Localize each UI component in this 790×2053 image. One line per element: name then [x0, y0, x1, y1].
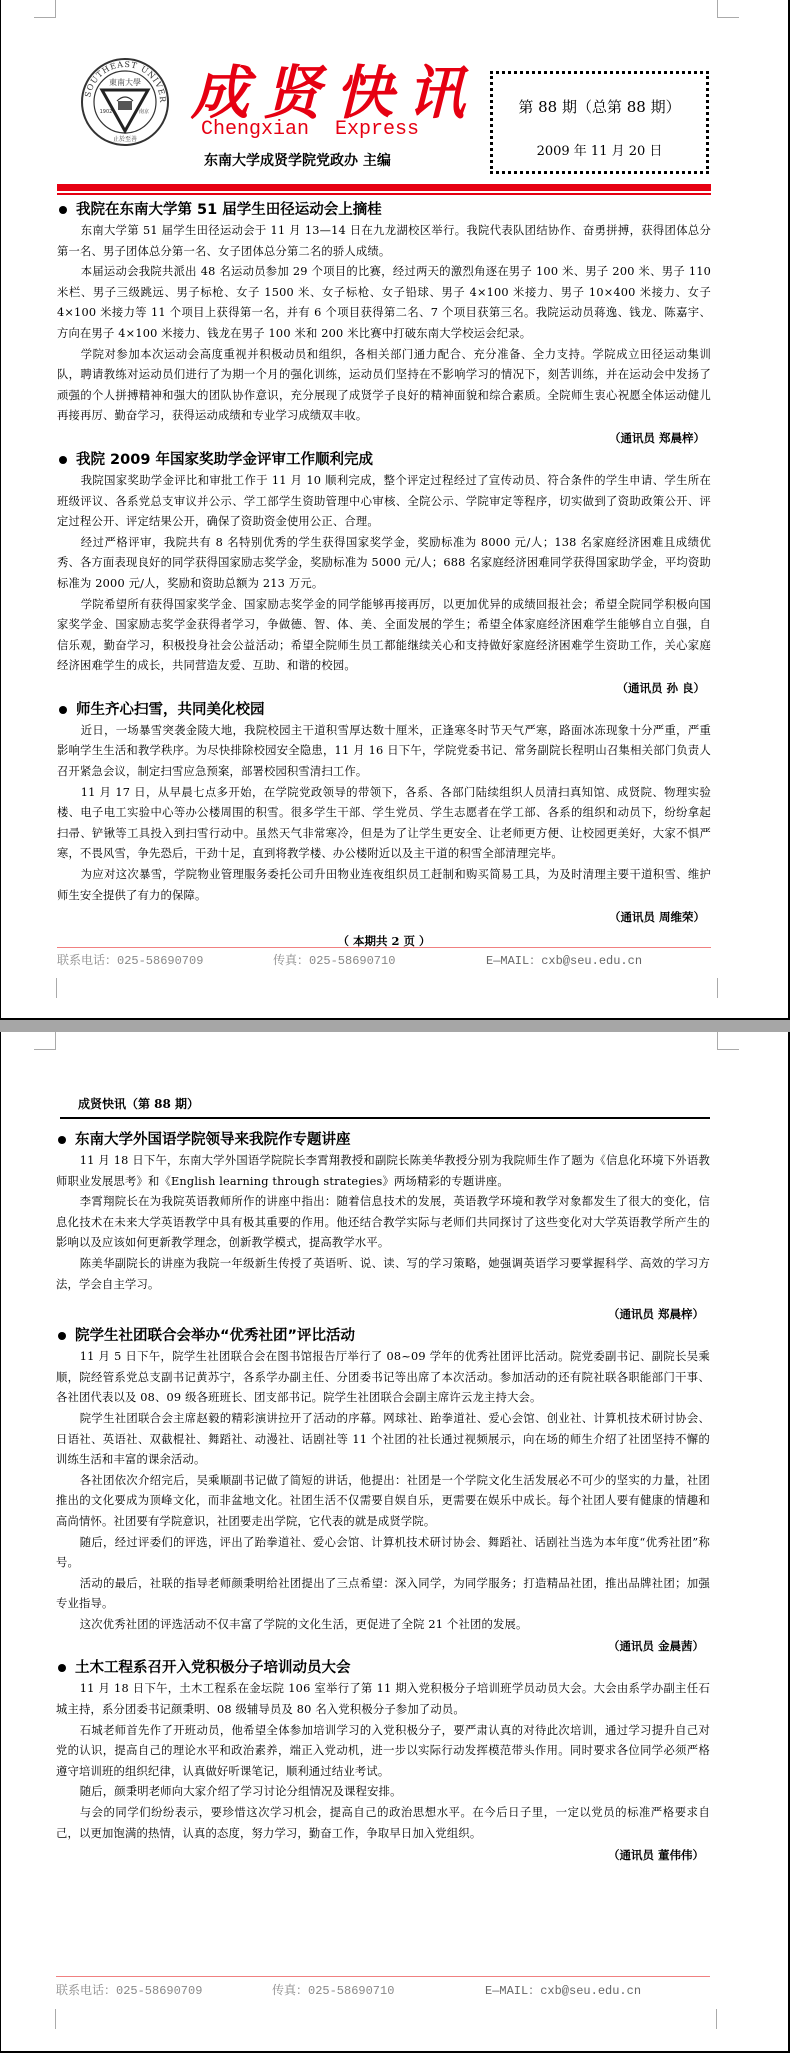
footer-fax: 传真：025-58690710: [272, 1981, 485, 1998]
article-paragraph: 石城老师首先作了开班动员，他希望全体参加培训学习的入党积极分子，要严肃认真的对待…: [56, 1721, 710, 1783]
page-count-note: （ 本期共 2 页 ）: [57, 930, 711, 952]
article-paragraph: 本届运动会我院共派出 48 名运动员参加 29 个项目的比赛，经过两天的激烈角逐…: [57, 262, 711, 344]
article-title: 我院 2009 年国家奖助学金评审工作顺利完成: [57, 449, 711, 471]
masthead-rule-thin: [57, 193, 711, 195]
article-byline: （通讯员 孙 良）: [57, 677, 711, 699]
editor-line: 东南大学成贤学院党政办 主编: [204, 150, 391, 170]
article-club-awards: 院学生社团联合会举办“优秀社团”评比活动 11 月 5 日下午，院学生社团联合会…: [56, 1325, 710, 1657]
article-byline: （通讯员 郑晨梓）: [57, 427, 711, 449]
newsletter-title-english: Chengxian Express: [201, 118, 419, 141]
crop-mark-top-right: [717, 1032, 739, 1050]
masthead-rule-thick: [57, 184, 711, 191]
svg-text:南京: 南京: [139, 108, 149, 115]
footer-fax: 传真：025-58690710: [273, 951, 486, 968]
article-paragraph: 经过严格评审，我院共有 8 名特别优秀的学生获得国家奖学金，奖励标准为 8000…: [57, 533, 711, 595]
article-title: 师生齐心扫雪，共同美化校园: [57, 699, 711, 721]
article-sports-meet: 我院在东南大学第 51 届学生田径运动会上摘桂 东南大学第 51 届学生田径运动…: [57, 199, 711, 449]
article-paragraph: 随后，颜秉明老师向大家介绍了学习讨论分组情况及课程安排。: [56, 1782, 710, 1803]
crop-mark-bottom-right: [716, 2009, 717, 2029]
svg-text:東南大學: 東南大學: [109, 77, 141, 87]
issue-info-box: 第 88 期（总第 88 期） 2009 年 11 月 20 日: [490, 71, 709, 174]
footer-rule: [57, 947, 711, 948]
bullet-icon: [58, 1664, 66, 1672]
article-paragraph: 活动的最后，社联的指导老师颜秉明给社团提出了三点希望：深入同学，为同学服务；打造…: [56, 1574, 710, 1615]
svg-text:1902: 1902: [100, 109, 113, 115]
article-paragraph: 院学生社团联合会主席赵毅的精彩演讲拉开了活动的序幕。网球社、跆拳道社、爱心会馆、…: [56, 1409, 710, 1471]
article-paragraph: 这次优秀社团的评选活动不仅丰富了学院的文化生活，更促进了全院 21 个社团的发展…: [56, 1615, 710, 1636]
issue-number: 第 88 期（总第 88 期）: [493, 96, 706, 117]
article-title: 东南大学外国语学院领导来我院作专题讲座: [56, 1129, 710, 1151]
article-title: 院学生社团联合会举办“优秀社团”评比活动: [56, 1325, 710, 1347]
article-paragraph: 我院国家奖助学金评比和审批工作于 11 月 10 顺利完成，整个评定过程经过了宣…: [57, 471, 711, 533]
article-paragraph: 各社团依次介绍完后，吴乘顺副书记做了简短的讲话，他提出：社团是一个学院文化生活发…: [56, 1471, 710, 1533]
footer-contact: 联系电话：025-58690709 传真：025-58690710 E—MAIL…: [56, 1981, 710, 1998]
svg-text:止於至善: 止於至善: [113, 135, 137, 143]
article-byline: （通讯员 郑晨梓）: [56, 1303, 710, 1325]
crop-mark-top-left: [34, 1032, 56, 1050]
bullet-icon: [59, 206, 67, 214]
footer-phone: 联系电话：025-58690709: [57, 951, 273, 968]
article-byline: （通讯员 周维荣）: [57, 906, 711, 928]
footer-email[interactable]: E—MAIL：cxb@seu.edu.cn: [485, 1981, 641, 1998]
article-lecture: 东南大学外国语学院领导来我院作专题讲座 11 月 18 日下午，东南大学外国语学…: [56, 1129, 710, 1325]
article-paragraph: 东南大学第 51 届学生田径运动会于 11 月 13—14 日在九龙湖校区举行。…: [57, 221, 711, 262]
footer-rule: [56, 1976, 710, 1977]
article-paragraph: 11 月 5 日下午，院学生社团联合会在图书馆报告厅举行了 08~09 学年的优…: [56, 1347, 710, 1409]
article-paragraph: 陈美华副院长的讲座为我院一年级新生传授了英语听、说、读、写的学习策略，她强调英语…: [56, 1254, 710, 1295]
bullet-icon: [59, 706, 67, 714]
footer-email[interactable]: E—MAIL：cxb@seu.edu.cn: [486, 951, 642, 968]
article-title: 土木工程系召开入党积极分子培训动员大会: [56, 1657, 710, 1679]
article-paragraph: 近日，一场暴雪突袭金陵大地，我院校园主干道积雪厚达数十厘米，正逢寒冬时节天气严寒…: [57, 721, 711, 783]
article-byline: （通讯员 董伟伟）: [56, 1844, 710, 1866]
article-paragraph: 学院对参加本次运动会高度重视并积极动员和组织，各相关部门通力配合、充分准备、全力…: [57, 345, 711, 427]
crop-mark-bottom-right: [717, 978, 718, 998]
running-header: 成贤快讯（第 88 期）: [78, 1095, 199, 1112]
page-2-content: 东南大学外国语学院领导来我院作专题讲座 11 月 18 日下午，东南大学外国语学…: [56, 1129, 710, 1866]
article-scholarship: 我院 2009 年国家奖助学金评审工作顺利完成 我院国家奖助学金评比和审批工作于…: [57, 449, 711, 699]
footer-contact: 联系电话：025-58690709 传真：025-58690710 E—MAIL…: [57, 951, 711, 968]
crop-mark-top-left: [34, 0, 56, 18]
article-snow-clearing: 师生齐心扫雪，共同美化校园 近日，一场暴雪突袭金陵大地，我院校园主干道积雪厚达数…: [57, 699, 711, 928]
bullet-icon: [59, 456, 67, 464]
crop-mark-bottom-left: [56, 978, 57, 998]
article-paragraph: 11 月 18 日下午，土木工程系在金坛院 106 室举行了第 11 期入党积极…: [56, 1679, 710, 1720]
university-seal-logo: SOUTHEAST UNIVERSITY 東南大學 1902 南京 止於至善: [80, 57, 170, 147]
crop-mark-top-right: [717, 0, 739, 18]
article-paragraph: 为应对这次暴雪，学院物业管理服务委托公司升田物业连夜组织员工赶制和购买简易工具，…: [57, 865, 711, 906]
bullet-icon: [58, 1136, 66, 1144]
article-paragraph: 学院希望所有获得国家奖学金、国家励志奖学金的同学能够再接再厉，以更加优异的成绩回…: [57, 595, 711, 677]
page-1-content: 我院在东南大学第 51 届学生田径运动会上摘桂 东南大学第 51 届学生田径运动…: [57, 199, 711, 952]
article-title: 我院在东南大学第 51 届学生田径运动会上摘桂: [57, 199, 711, 221]
crop-mark-bottom-left: [55, 2009, 56, 2029]
article-paragraph: 李霄翔院长在为我院英语教师所作的讲座中指出：随着信息技术的发展，英语教学环境和教…: [56, 1192, 710, 1254]
article-paragraph: 随后，经过评委们的评选，评出了跆拳道社、爱心会馆、计算机技术研讨协会、舞蹈社、话…: [56, 1533, 710, 1574]
article-paragraph: 与会的同学们纷纷表示，要珍惜这次学习机会，提高自己的政治思想水平。在今后日子里，…: [56, 1803, 710, 1844]
running-header-rule: [60, 1117, 710, 1119]
issue-date: 2009 年 11 月 20 日: [493, 140, 706, 159]
article-paragraph: 11 月 17 日，从早晨七点多开始，在学院党政领导的带领下，各系、各部门陆续组…: [57, 783, 711, 865]
article-byline: （通讯员 金晨茜）: [56, 1635, 710, 1657]
bullet-icon: [58, 1332, 66, 1340]
article-party-training: 土木工程系召开入党积极分子培训动员大会 11 月 18 日下午，土木工程系在金坛…: [56, 1657, 710, 1866]
page-1: SOUTHEAST UNIVERSITY 東南大學 1902 南京 止於至善 成…: [0, 0, 790, 1020]
article-paragraph: 11 月 18 日下午，东南大学外国语学院院长李霄翔教授和副院长陈美华教授分别为…: [56, 1151, 710, 1192]
footer-phone: 联系电话：025-58690709: [56, 1981, 272, 1998]
